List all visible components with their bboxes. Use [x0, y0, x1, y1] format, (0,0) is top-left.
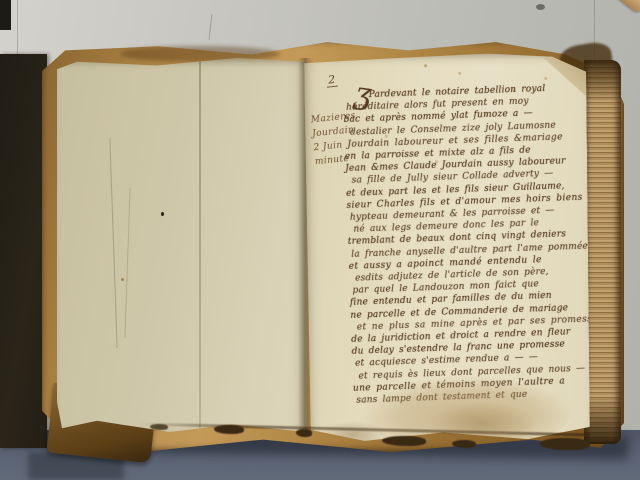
left-page-blank	[57, 58, 307, 432]
photo-scene: 2 ʒ Mazieres Jourdain 2 Juin minute Pard…	[0, 0, 640, 480]
stain-speck	[121, 278, 124, 281]
leaf-edge-line	[199, 58, 201, 432]
burnt-edge-blob	[150, 424, 168, 430]
wall-scratch	[209, 14, 213, 40]
manuscript-text-block: Pardevant le notaire tabellion royal hér…	[343, 82, 590, 407]
burnt-edge-blob	[214, 425, 244, 434]
dark-cover-board	[0, 54, 47, 448]
burnt-edge-blob	[540, 438, 590, 450]
ink-speck	[161, 212, 164, 216]
burnt-edge-blob	[382, 436, 426, 446]
foxing-spots	[424, 64, 427, 67]
page-stack-edge	[584, 60, 621, 444]
right-page-manuscript: 2 ʒ Mazieres Jourdain 2 Juin minute Pard…	[304, 53, 590, 442]
dark-sliver-top-left	[0, 0, 11, 30]
wall-seam-left	[17, 0, 18, 58]
stick-object-top-right	[612, 0, 640, 14]
burnt-edge-blob	[452, 440, 476, 448]
burnt-edge-blob	[296, 429, 312, 437]
page-crease	[124, 188, 130, 338]
page-number: 2	[325, 73, 338, 88]
wall-smudge	[536, 4, 545, 10]
page-crease	[109, 138, 117, 348]
